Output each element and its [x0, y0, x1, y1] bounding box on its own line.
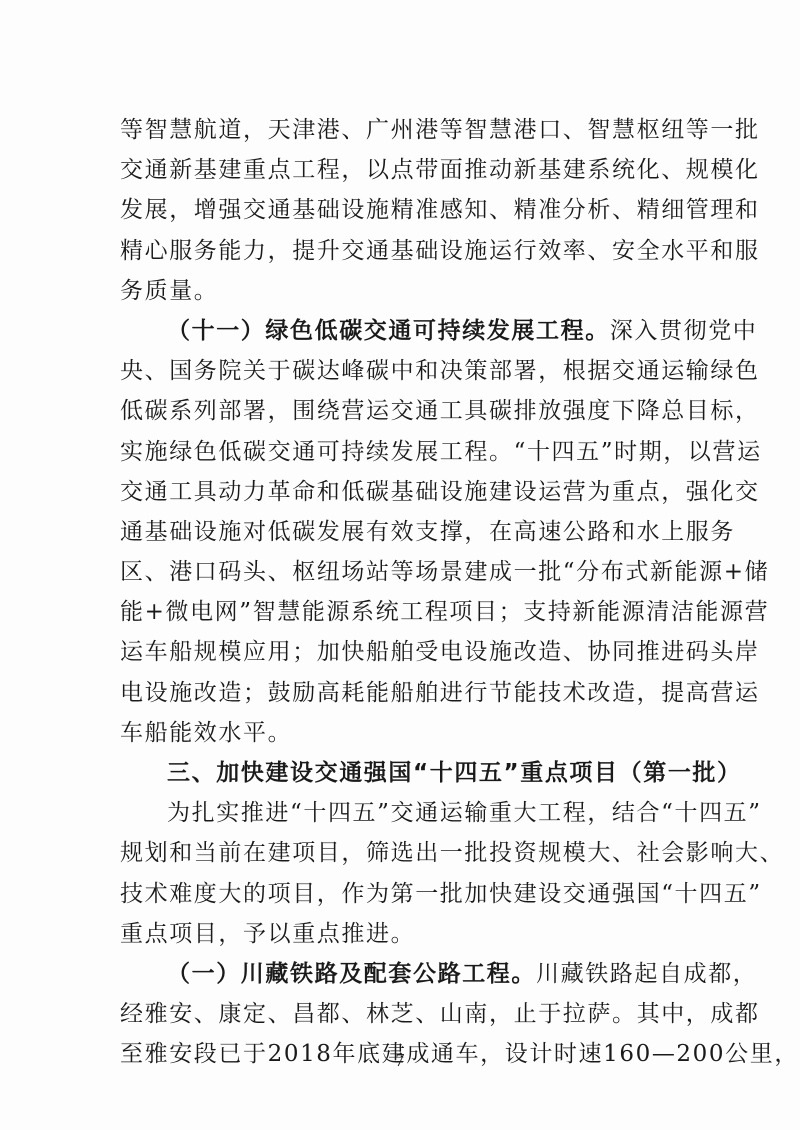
paragraph-line: 经雅安、康定、昌都、林芝、山南，止于拉萨。其中，成都: [120, 994, 684, 1034]
paragraph-line: 等智慧航道，天津港、广州港等智慧港口、智慧枢纽等一批: [120, 110, 684, 150]
paragraph-line: 技术难度大的项目，作为第一批加快建设交通强国“十四五”: [120, 874, 684, 914]
paragraph-line: 车船能效水平。: [120, 713, 684, 753]
paragraph-line: 区、港口码头、枢纽场站等场景建成一批“分布式新能源+储: [120, 552, 684, 592]
section-11-first-line: （十一）绿色低碳交通可持续发展工程。深入贯彻党中: [120, 311, 684, 351]
document-page: 等智慧航道，天津港、广州港等智慧港口、智慧枢纽等一批 交通新基建重点工程，以点带…: [0, 0, 800, 1130]
section-11-text: 深入贯彻党中: [610, 318, 758, 344]
subsection-1-first-line: （一）川藏铁路及配套公路工程。川藏铁路起自成都，: [120, 954, 684, 994]
paragraph-line: 交通新基建重点工程，以点带面推动新基建系统化、规模化: [120, 150, 684, 190]
section-11-title: （十一）绿色低碳交通可持续发展工程。: [167, 317, 610, 344]
section-3-heading: 三、加快建设交通强国“十四五”重点项目（第一批）: [120, 753, 684, 793]
page-number: 7: [0, 1050, 800, 1071]
paragraph-line: 运车船规模应用；加快船舶受电设施改造、协同推进码头岸: [120, 632, 684, 672]
paragraph-line: 通基础设施对低碳发展有效支撑，在高速公路和水上服务: [120, 512, 684, 552]
paragraph-line: 实施绿色低碳交通可持续发展工程。“十四五”时期，以营运: [120, 432, 684, 472]
paragraph-line: 低碳系列部署，围绕营运交通工具碳排放强度下降总目标，: [120, 391, 684, 431]
paragraph-line: 发展，增强交通基础设施精准感知、精准分析、精细管理和: [120, 190, 684, 230]
paragraph-line: 精心服务能力，提升交通基础设施运行效率、安全水平和服: [120, 231, 684, 271]
subsection-1-title: （一）川藏铁路及配套公路工程。: [167, 960, 536, 987]
subsection-1-text: 川藏铁路起自成都，: [536, 961, 757, 987]
paragraph-line: 央、国务院关于碳达峰碳中和决策部署，根据交通运输绿色: [120, 351, 684, 391]
paragraph-line: 电设施改造；鼓励高耗能船舶进行节能技术改造，提高营运: [120, 673, 684, 713]
paragraph-line: 能+微电网”智慧能源系统工程项目；支持新能源清洁能源营: [120, 592, 684, 632]
document-body: 等智慧航道，天津港、广州港等智慧港口、智慧枢纽等一批 交通新基建重点工程，以点带…: [120, 110, 684, 1075]
paragraph-line: 务质量。: [120, 271, 684, 311]
paragraph-line: 为扎实推进“十四五”交通运输重大工程，结合“十四五”: [120, 793, 684, 833]
paragraph-line: 规划和当前在建项目，筛选出一批投资规模大、社会影响大、: [120, 833, 684, 873]
paragraph-line: 交通工具动力革命和低碳基础设施建设运营为重点，强化交: [120, 472, 684, 512]
paragraph-line: 重点项目，予以重点推进。: [120, 914, 684, 954]
